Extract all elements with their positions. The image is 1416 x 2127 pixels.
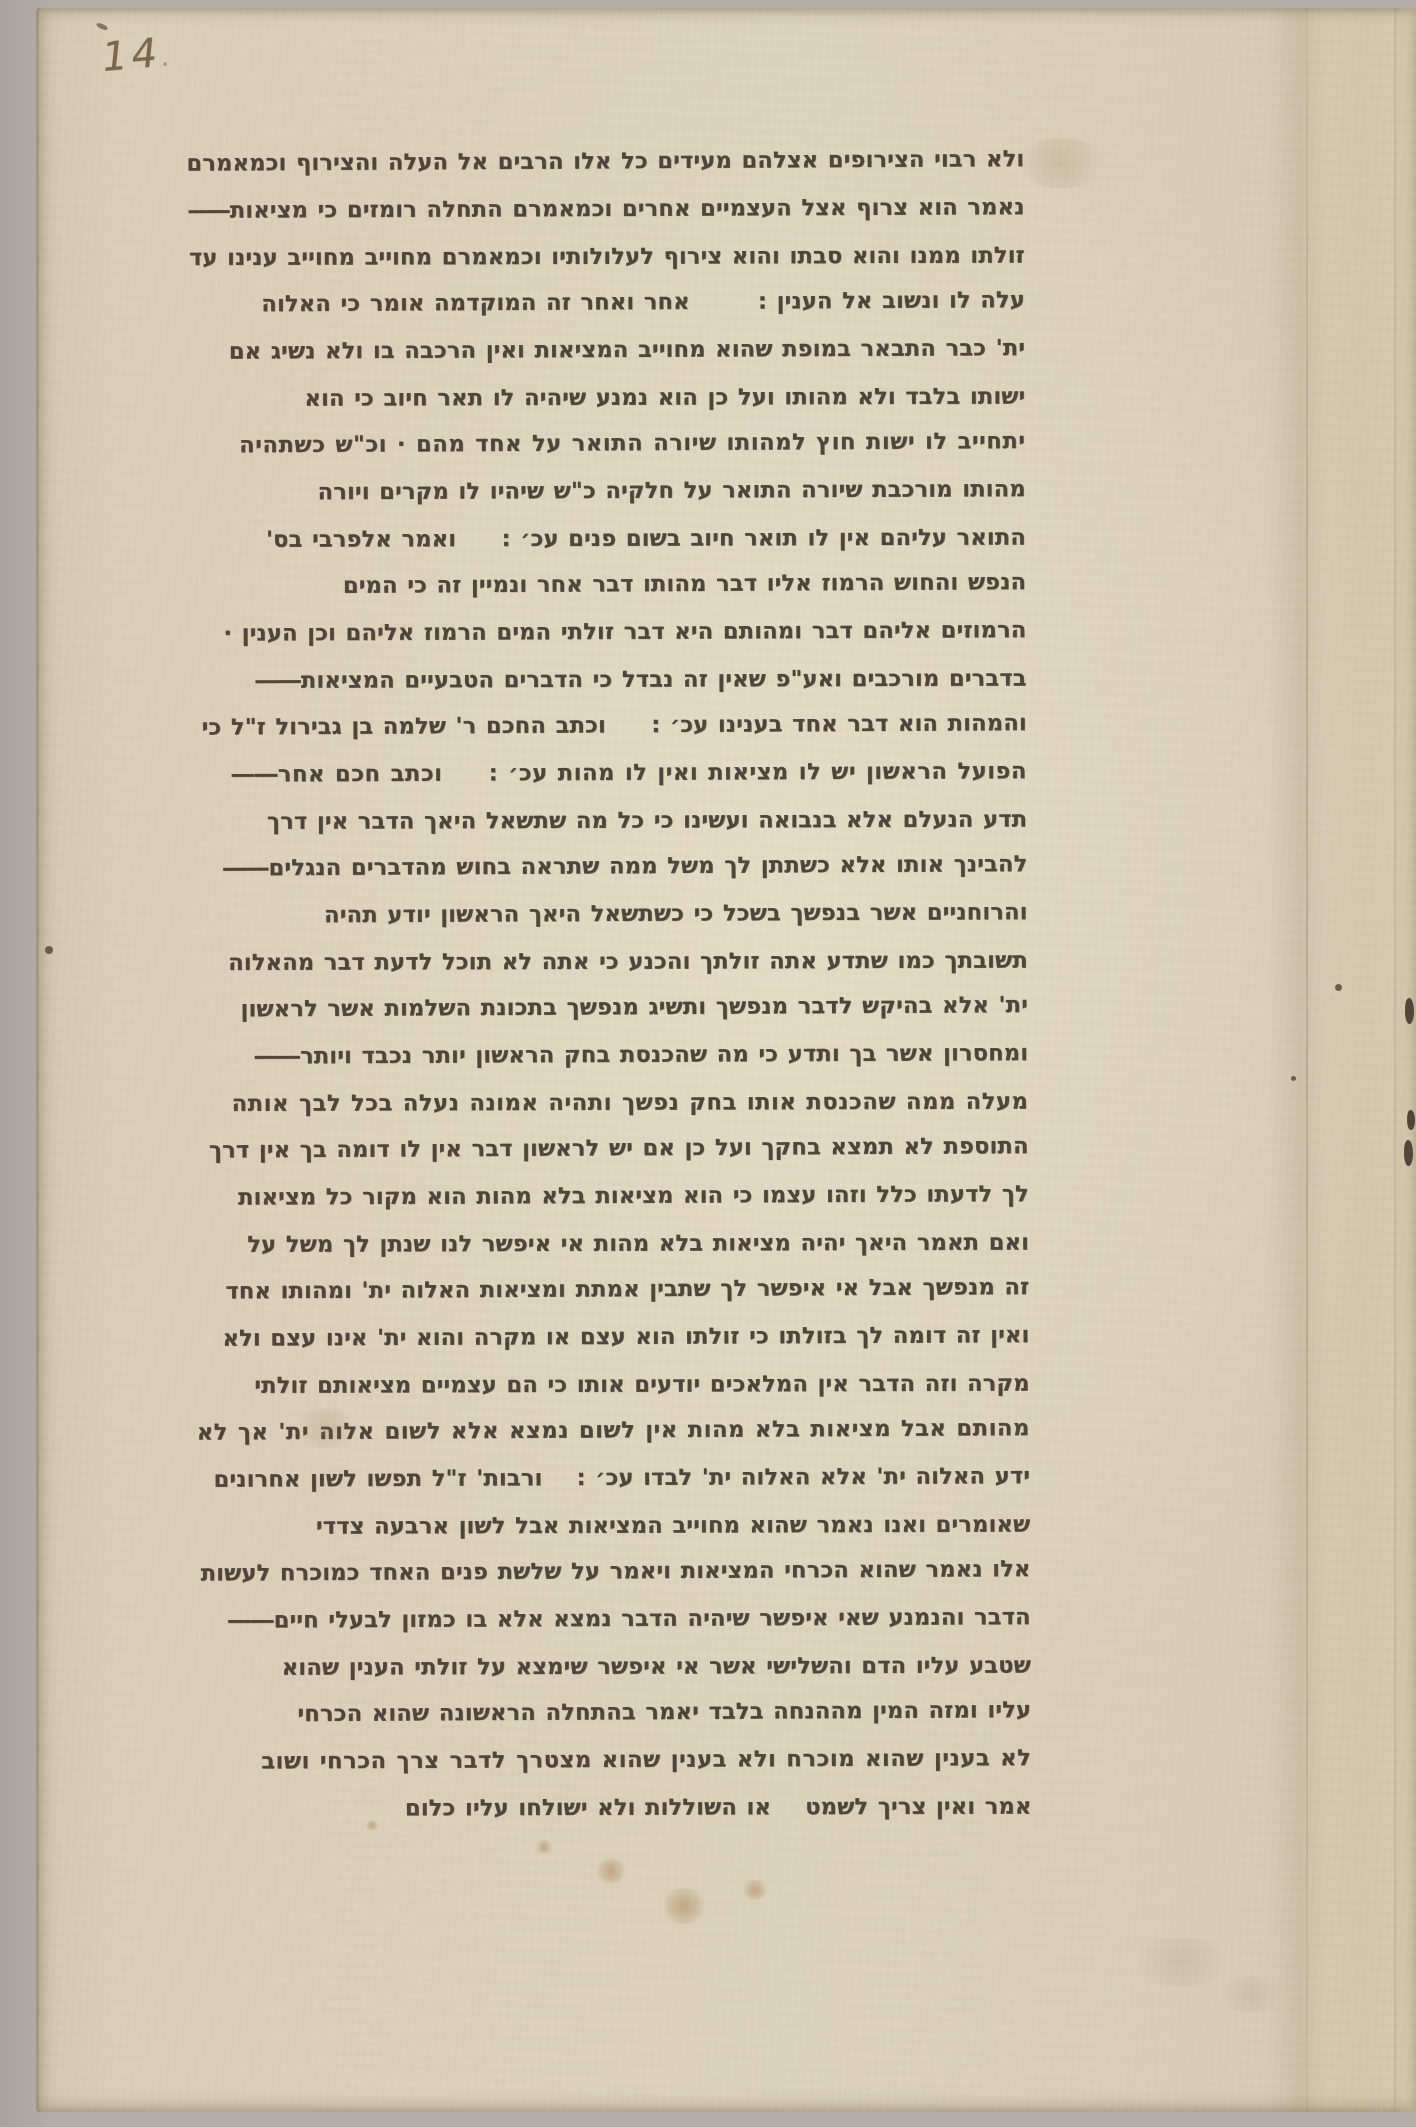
ink-speck <box>1291 1076 1296 1081</box>
manuscript-line: עלה לו ונשוב אל הענין : אחר ואחר זה המוק… <box>189 277 1025 329</box>
stain <box>536 1840 552 1854</box>
stain <box>596 1858 626 1884</box>
manuscript-line: מעלה ממה שהכנסת אותו בחק נפשך ותהיה אמונ… <box>192 1079 1028 1128</box>
manuscript-line: הנפש והחוש הרמוז אליו דבר מהותו דבר אחר … <box>190 559 1026 611</box>
manuscript-line: הרמוזים אליהם דבר ומהותם היא דבר זולתי ה… <box>190 607 1026 658</box>
manuscript-line: שאומרים ואנו נאמר שהוא מחוייב המציאות אב… <box>194 1502 1030 1551</box>
bleed-through-mark <box>1126 1938 1236 1986</box>
manuscript-line: ידע האלוה ית' אלא האלוה ית' לבדו עכ׳ : ו… <box>194 1453 1030 1504</box>
manuscript-line: ואם תאמר היאך יהיה מציאות בלא מהות אי אי… <box>193 1220 1029 1269</box>
manuscript-line: ית' כבר התבאר במופת שהוא מחוייב המציאות … <box>189 325 1025 376</box>
manuscript-line: ואין זה דומה לך בזולתו כי זולתו הוא עצם … <box>193 1312 1029 1363</box>
manuscript-text-block: ולא רבוי הצירופים אצלהם מעידים כל אלו הר… <box>188 137 1031 1833</box>
manuscript-line: והרוחניים אשר בנפשך בשכל כי כשתשאל היאך … <box>192 889 1028 940</box>
manuscript-line: זולתו ממנו והוא סבתו והוא צירוף לעלולותי… <box>189 233 1025 282</box>
facing-page-ink-mark <box>1407 1110 1415 1130</box>
page-fold-line <box>1306 8 1308 2112</box>
manuscript-page: 14. ולא רבוי הצירופים אצלהם מעידים כל אל… <box>36 8 1416 2112</box>
folio-ink-dot: . <box>160 42 173 73</box>
folio-number: 14. <box>100 29 173 81</box>
foxing-spot <box>1016 138 1106 188</box>
manuscript-line: תדע הנעלם אלא בנבואה ועשינו כי כל מה שתש… <box>191 797 1027 846</box>
manuscript-line: התוספת לא תמצא בחקך ועל כן אם יש לראשון … <box>193 1123 1029 1175</box>
facing-page-ink-mark <box>1405 998 1414 1024</box>
manuscript-line: ישותו בלבד ולא מהותו ועל כן הוא נמנע שיה… <box>189 374 1025 423</box>
manuscript-line: מהותו מורכבת שיורה התואר על חלקיה כ"ש שי… <box>190 466 1026 517</box>
manuscript-line: והמהות הוא דבר אחד בענינו עכ׳ : וכתב החכ… <box>191 700 1027 752</box>
scanned-manuscript-view: 14. ולא רבוי הצירופים אצלהם מעידים כל אל… <box>0 0 1416 2127</box>
manuscript-line: מהותם אבל מציאות בלא מהות אין לשום נמצא … <box>194 1405 1030 1457</box>
manuscript-line: הפועל הראשון יש לו מציאות ואין לו מהות ע… <box>191 748 1027 799</box>
manuscript-line: לך לדעתו כלל וזהו עצמו כי הוא מציאות בלא… <box>193 1171 1029 1222</box>
manuscript-line: אמר ואין צריך לשמט או השוללות ולא ישולחו… <box>196 1784 1032 1833</box>
manuscript-line: ית' אלא בהיקש לדבר מנפשך ותשיג מנפשך בתכ… <box>192 982 1028 1034</box>
manuscript-line: אלו נאמר שהוא הכרחי המציאות ויאמר על שלש… <box>194 1546 1030 1598</box>
ink-smudge <box>96 22 109 31</box>
ink-speck <box>45 946 53 954</box>
manuscript-line: בדברים מורכבים ואע"פ שאין זה נבדל כי הדב… <box>191 656 1027 705</box>
manuscript-line: תשובתך כמו שתדע אתה זולתך והכנע כי אתה ל… <box>192 938 1028 987</box>
manuscript-line: להבינך אותו אלא כשתתן לך משל ממה שתראה ב… <box>191 841 1027 893</box>
facing-page-ink-mark <box>1404 1140 1413 1166</box>
manuscript-line: הדבר והנמנע שאי איפשר שיהיה הדבר נמצא אל… <box>195 1594 1031 1645</box>
manuscript-line: זה מנפשך אבל אי איפשר לך שתבין אמתת ומצי… <box>193 1264 1029 1316</box>
manuscript-line: עליו ומזה המין מההנחה בלבד יאמר בהתחלה ה… <box>195 1687 1031 1739</box>
manuscript-line: מקרה וזה הדבר אין המלאכים יודעים אותו כי… <box>194 1361 1030 1410</box>
manuscript-line: נאמר הוא צרוף אצל העצמיים אחרים וכמאמרם … <box>189 184 1025 235</box>
manuscript-line: ומחסרון אשר בך ותדע כי מה שהכנסת בחק הרא… <box>192 1030 1028 1081</box>
folio-number-digits: 14 <box>100 30 163 81</box>
gutter-shadow <box>1268 8 1328 2112</box>
stain <box>662 1888 706 1924</box>
manuscript-line: שטבע עליו הדם והשלישי אשר אי איפשר שימצא… <box>195 1643 1031 1692</box>
manuscript-line: לא בענין שהוא מוכרח ולא בענין שהוא מצטרך… <box>195 1735 1031 1786</box>
manuscript-line: יתחייב לו ישות חוץ למהותו שיורה התואר על… <box>190 418 1026 470</box>
manuscript-line: התואר עליהם אין לו תואר חיוב בשום פנים ע… <box>190 515 1026 564</box>
stain <box>742 1880 768 1900</box>
facing-page-edge <box>1394 8 1416 2112</box>
manuscript-line: ולא רבוי הצירופים אצלהם מעידים כל אלו הר… <box>188 136 1024 188</box>
ink-speck <box>1335 984 1342 991</box>
